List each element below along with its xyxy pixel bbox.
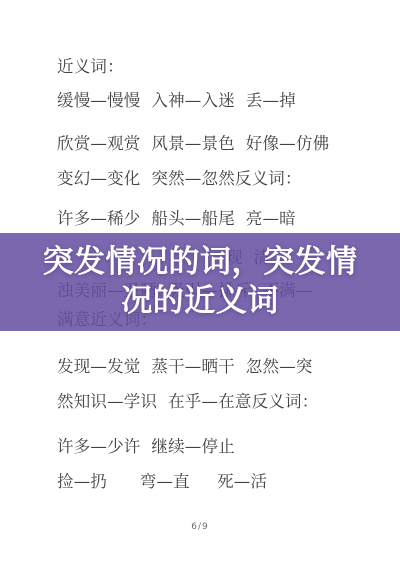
banner-title-line2: 况的近义词 bbox=[0, 282, 400, 321]
doc-line-antonym-heading: 变幻—变化 突然—忽然反义词： bbox=[57, 169, 302, 189]
document-page: 近义词： 缓慢—慢慢 入神—入迷 丢—掉 欣赏—观赏 风景—景色 好像—仿佛 变… bbox=[0, 0, 400, 566]
doc-line: 许多—稀少 船头—船尾 亮—暗 bbox=[57, 209, 296, 229]
banner-title: 突发情况的词，突发情 况的近义词 bbox=[0, 243, 400, 321]
watermark-title-banner: 突发情况的词，突发情 况的近义词 bbox=[0, 233, 400, 331]
banner-title-line1: 突发情况的词，突发情 bbox=[0, 243, 400, 282]
doc-line-synonym-heading: 近义词： bbox=[57, 57, 124, 77]
doc-line: 许多—少许 继续—停止 bbox=[57, 437, 235, 457]
page-indicator: 6/9 bbox=[0, 522, 400, 532]
doc-line-antonym-heading-2: 然知识—学识 在乎—在意反义词： bbox=[57, 392, 318, 412]
doc-line: 捡—扔 弯—直 死—活 bbox=[57, 472, 267, 492]
doc-line: 欣赏—观赏 风景—景色 好像—仿佛 bbox=[57, 134, 329, 154]
doc-line: 发现—发觉 蒸干—晒干 忽然—突 bbox=[57, 357, 313, 377]
doc-line: 缓慢—慢慢 入神—入迷 丢—掉 bbox=[57, 91, 296, 111]
